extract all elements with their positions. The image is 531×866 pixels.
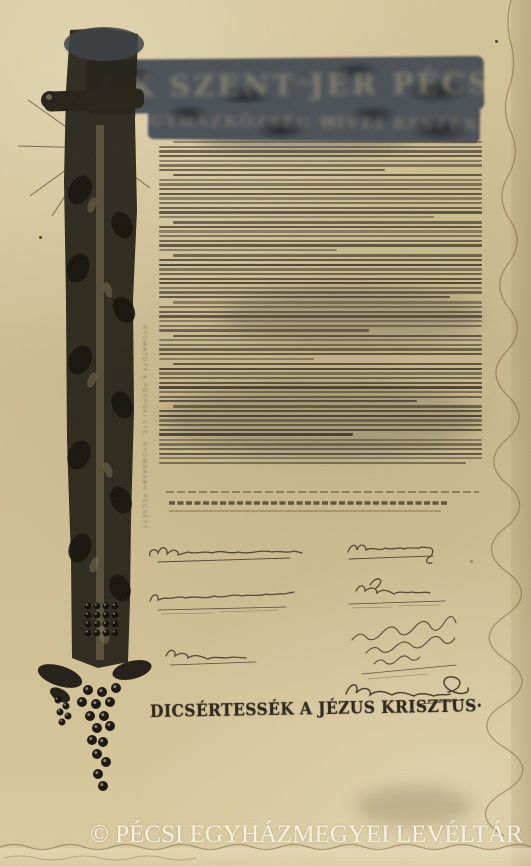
ink-layer bbox=[0, 0, 531, 866]
signature-4 bbox=[150, 592, 294, 614]
deckle-squiggle bbox=[4, 856, 196, 860]
signature-6 bbox=[352, 617, 456, 680]
signatures-layer bbox=[150, 545, 469, 704]
grape-cluster-bottom bbox=[77, 683, 121, 791]
dateline bbox=[166, 492, 479, 511]
photo: A GK SZENT JER PÉCSI EGYHÁZKÖZSÉG HÍVEI … bbox=[0, 0, 531, 866]
signature-1 bbox=[150, 548, 302, 562]
archive-watermark: © PÉCSI EGYHÁZMEGYEI LEVÉLTÁR bbox=[90, 821, 523, 849]
signature-2 bbox=[348, 545, 433, 563]
border-pole bbox=[96, 125, 104, 660]
signature-3 bbox=[349, 579, 445, 608]
grapevine-border bbox=[18, 27, 154, 791]
deckle-line-right bbox=[486, 0, 523, 836]
signature-5 bbox=[166, 650, 256, 665]
border-top-smudge bbox=[64, 27, 144, 61]
cross-icon bbox=[41, 88, 144, 111]
